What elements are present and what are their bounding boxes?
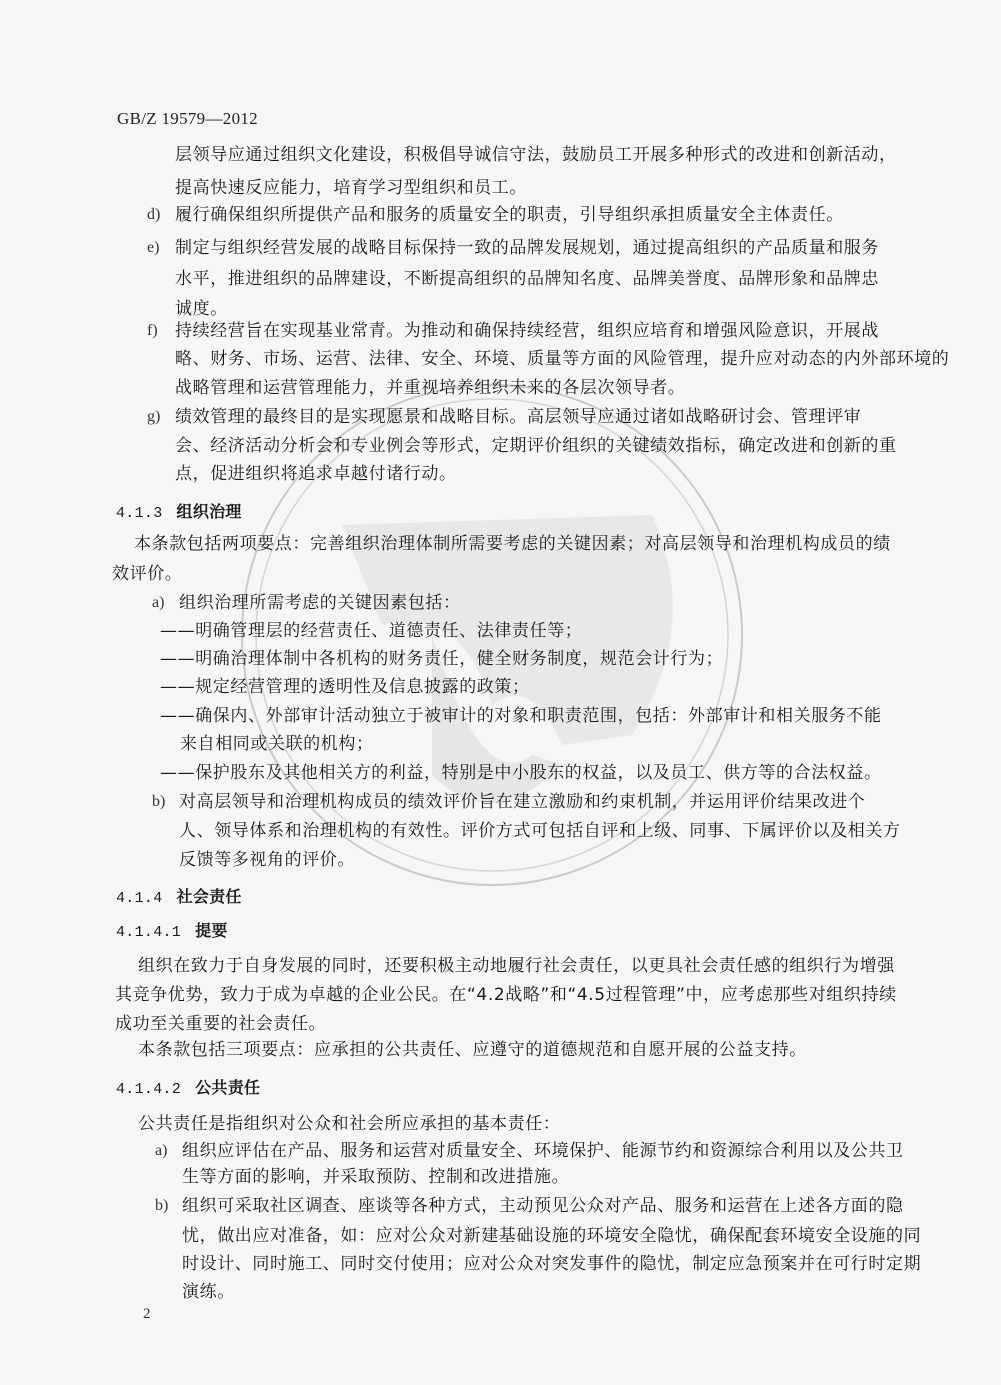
section-title: 社会责任: [177, 887, 242, 906]
paragraph-line: 本条款包括两项要点：完善组织治理体制所需要考虑的关键因素；对高层领导和治理机构成…: [134, 533, 891, 555]
list-item-e: 水平，推进组织的品牌建设，不断提高组织的品牌知名度、品牌美誉度、品牌形象和品牌忠: [175, 268, 879, 290]
list-item-e: 诚度。: [175, 298, 228, 320]
paragraph-line: 提高快速反应能力，培育学习型组织和员工。: [175, 177, 527, 199]
section-number: 4.1.4: [116, 890, 163, 907]
section-heading-4-1-4: 4.1.4社会责任: [116, 886, 242, 910]
paragraph-line: 公共责任是指组织对公众和社会所应承担的基本责任：: [138, 1113, 560, 1135]
list-marker-g: g): [147, 406, 160, 428]
list-item-g: 绩效管理的最终目的是实现愿景和战略目标。高层领导应通过诸如战略研讨会、管理评审: [175, 406, 861, 428]
list-marker-a: a): [152, 592, 164, 614]
dash-item: ——明确治理体制中各机构的财务责任，健全财务制度，规范会计行为；: [160, 648, 723, 670]
paragraph-line: 本条款包括三项要点：应承担的公共责任、应遵守的道德规范和自愿开展的公益支持。: [138, 1039, 807, 1061]
list-item-b: 对高层领导和治理机构成员的绩效评价旨在建立激励和约束机制，并运用评价结果改进个: [179, 791, 865, 813]
list-item-b: 组织可采取社区调查、座谈等各种方式，主动预见公众对产品、服务和运营在上述各方面的…: [182, 1195, 904, 1217]
section-title: 提要: [195, 921, 228, 940]
dash-item: ——确保内、外部审计活动独立于被审计的对象和职责范围，包括：外部审计和相关服务不…: [160, 705, 882, 727]
paragraph-line: 效评价。: [112, 563, 182, 585]
section-title: 公共责任: [195, 1078, 260, 1097]
list-item-f: 战略管理和运营管理能力，并重视培养组织未来的各层次领导者。: [175, 377, 685, 399]
document-page: GB/Z 19579—2012 层领导应通过组织文化建设，积极倡导诚信守法，鼓励…: [0, 0, 1001, 1385]
list-item-g: 会、经济活动分析会和专业例会等形式，定期评价组织的关键绩效指标，确定改进和创新的…: [175, 435, 897, 457]
list-item-b: 时设计、同时施工、同时交付使用；应对公众对突发事件的隐忧，制定应急预案并在可行时…: [182, 1253, 921, 1275]
list-marker-a: a): [155, 1140, 167, 1162]
list-marker-f: f): [147, 320, 158, 342]
list-item-a: 生等方面的影响，并采取预防、控制和改进措施。: [182, 1166, 569, 1188]
section-heading-4-1-3: 4.1.3组织治理: [116, 501, 242, 525]
list-item-b: 反馈等多视角的评价。: [179, 849, 355, 871]
list-item-e: 制定与组织经营发展的战略目标保持一致的品牌发展规划，通过提高组织的产品质量和服务: [175, 237, 879, 259]
paragraph-line: 成功至关重要的社会责任。: [115, 1013, 326, 1035]
document-id-header: GB/Z 19579—2012: [117, 109, 258, 129]
list-marker-b: b): [155, 1195, 168, 1217]
section-number: 4.1.4.2: [116, 1081, 181, 1098]
list-marker-b: b): [152, 791, 165, 813]
list-marker-d: d): [147, 204, 160, 226]
section-title: 组织治理: [177, 502, 242, 521]
section-number: 4.1.3: [116, 505, 163, 522]
list-item-a: 组织应评估在产品、服务和运营对质量安全、环境保护、能源节约和资源综合利用以及公共…: [182, 1140, 904, 1162]
dash-item: ——保护股东及其他相关方的利益，特别是中小股东的权益，以及员工、供方等的合法权益…: [160, 762, 882, 784]
dash-item: ——明确管理层的经营责任、道德责任、法律责任等；: [160, 620, 582, 642]
list-item-f: 略、财务、市场、运营、法律、安全、环境、质量等方面的风险管理，提升应对动态的内外…: [175, 348, 949, 370]
dash-item-continuation: 来自相同或关联的机构；: [180, 733, 374, 755]
list-item-f: 持续经营旨在实现基业常青。为推动和确保持续经营，组织应培育和增强风险意识，开展战: [175, 320, 879, 342]
list-item-g: 点，促进组织将追求卓越付诸行动。: [175, 463, 457, 485]
paragraph-line: 其竞争优势，致力于成为卓越的企业公民。在“4.2战略”和“4.5过程管理”中，应…: [115, 984, 897, 1006]
list-item-b: 人、领导体系和治理机构的有效性。评价方式可包括自评和上级、同事、下属评价以及相关…: [179, 820, 901, 842]
section-heading-4-1-4-2: 4.1.4.2公共责任: [116, 1077, 260, 1101]
list-item-b: 演练。: [182, 1281, 235, 1303]
section-heading-4-1-4-1: 4.1.4.1提要: [116, 920, 228, 944]
paragraph-line: 组织在致力于自身发展的同时，还要积极主动地履行社会责任，以更具社会责任感的组织行…: [138, 955, 895, 977]
paragraph-line: 层领导应通过组织文化建设，积极倡导诚信守法，鼓励员工开展多种形式的改进和创新活动…: [175, 144, 897, 166]
section-number: 4.1.4.1: [116, 924, 181, 941]
page-number: 2: [143, 1306, 151, 1323]
list-item-d: 履行确保组织所提供产品和服务的质量安全的职责，引导组织承担质量安全主体责任。: [175, 204, 844, 226]
list-item-a-lead: 组织治理所需考虑的关键因素包括：: [179, 592, 461, 614]
list-marker-e: e): [147, 237, 159, 259]
dash-item: ——规定经营管理的透明性及信息披露的政策；: [160, 676, 530, 698]
list-item-b: 忧，做出应对准备，如：应对公众对新建基础设施的环境安全隐忧，确保配套环境安全设施…: [182, 1225, 921, 1247]
